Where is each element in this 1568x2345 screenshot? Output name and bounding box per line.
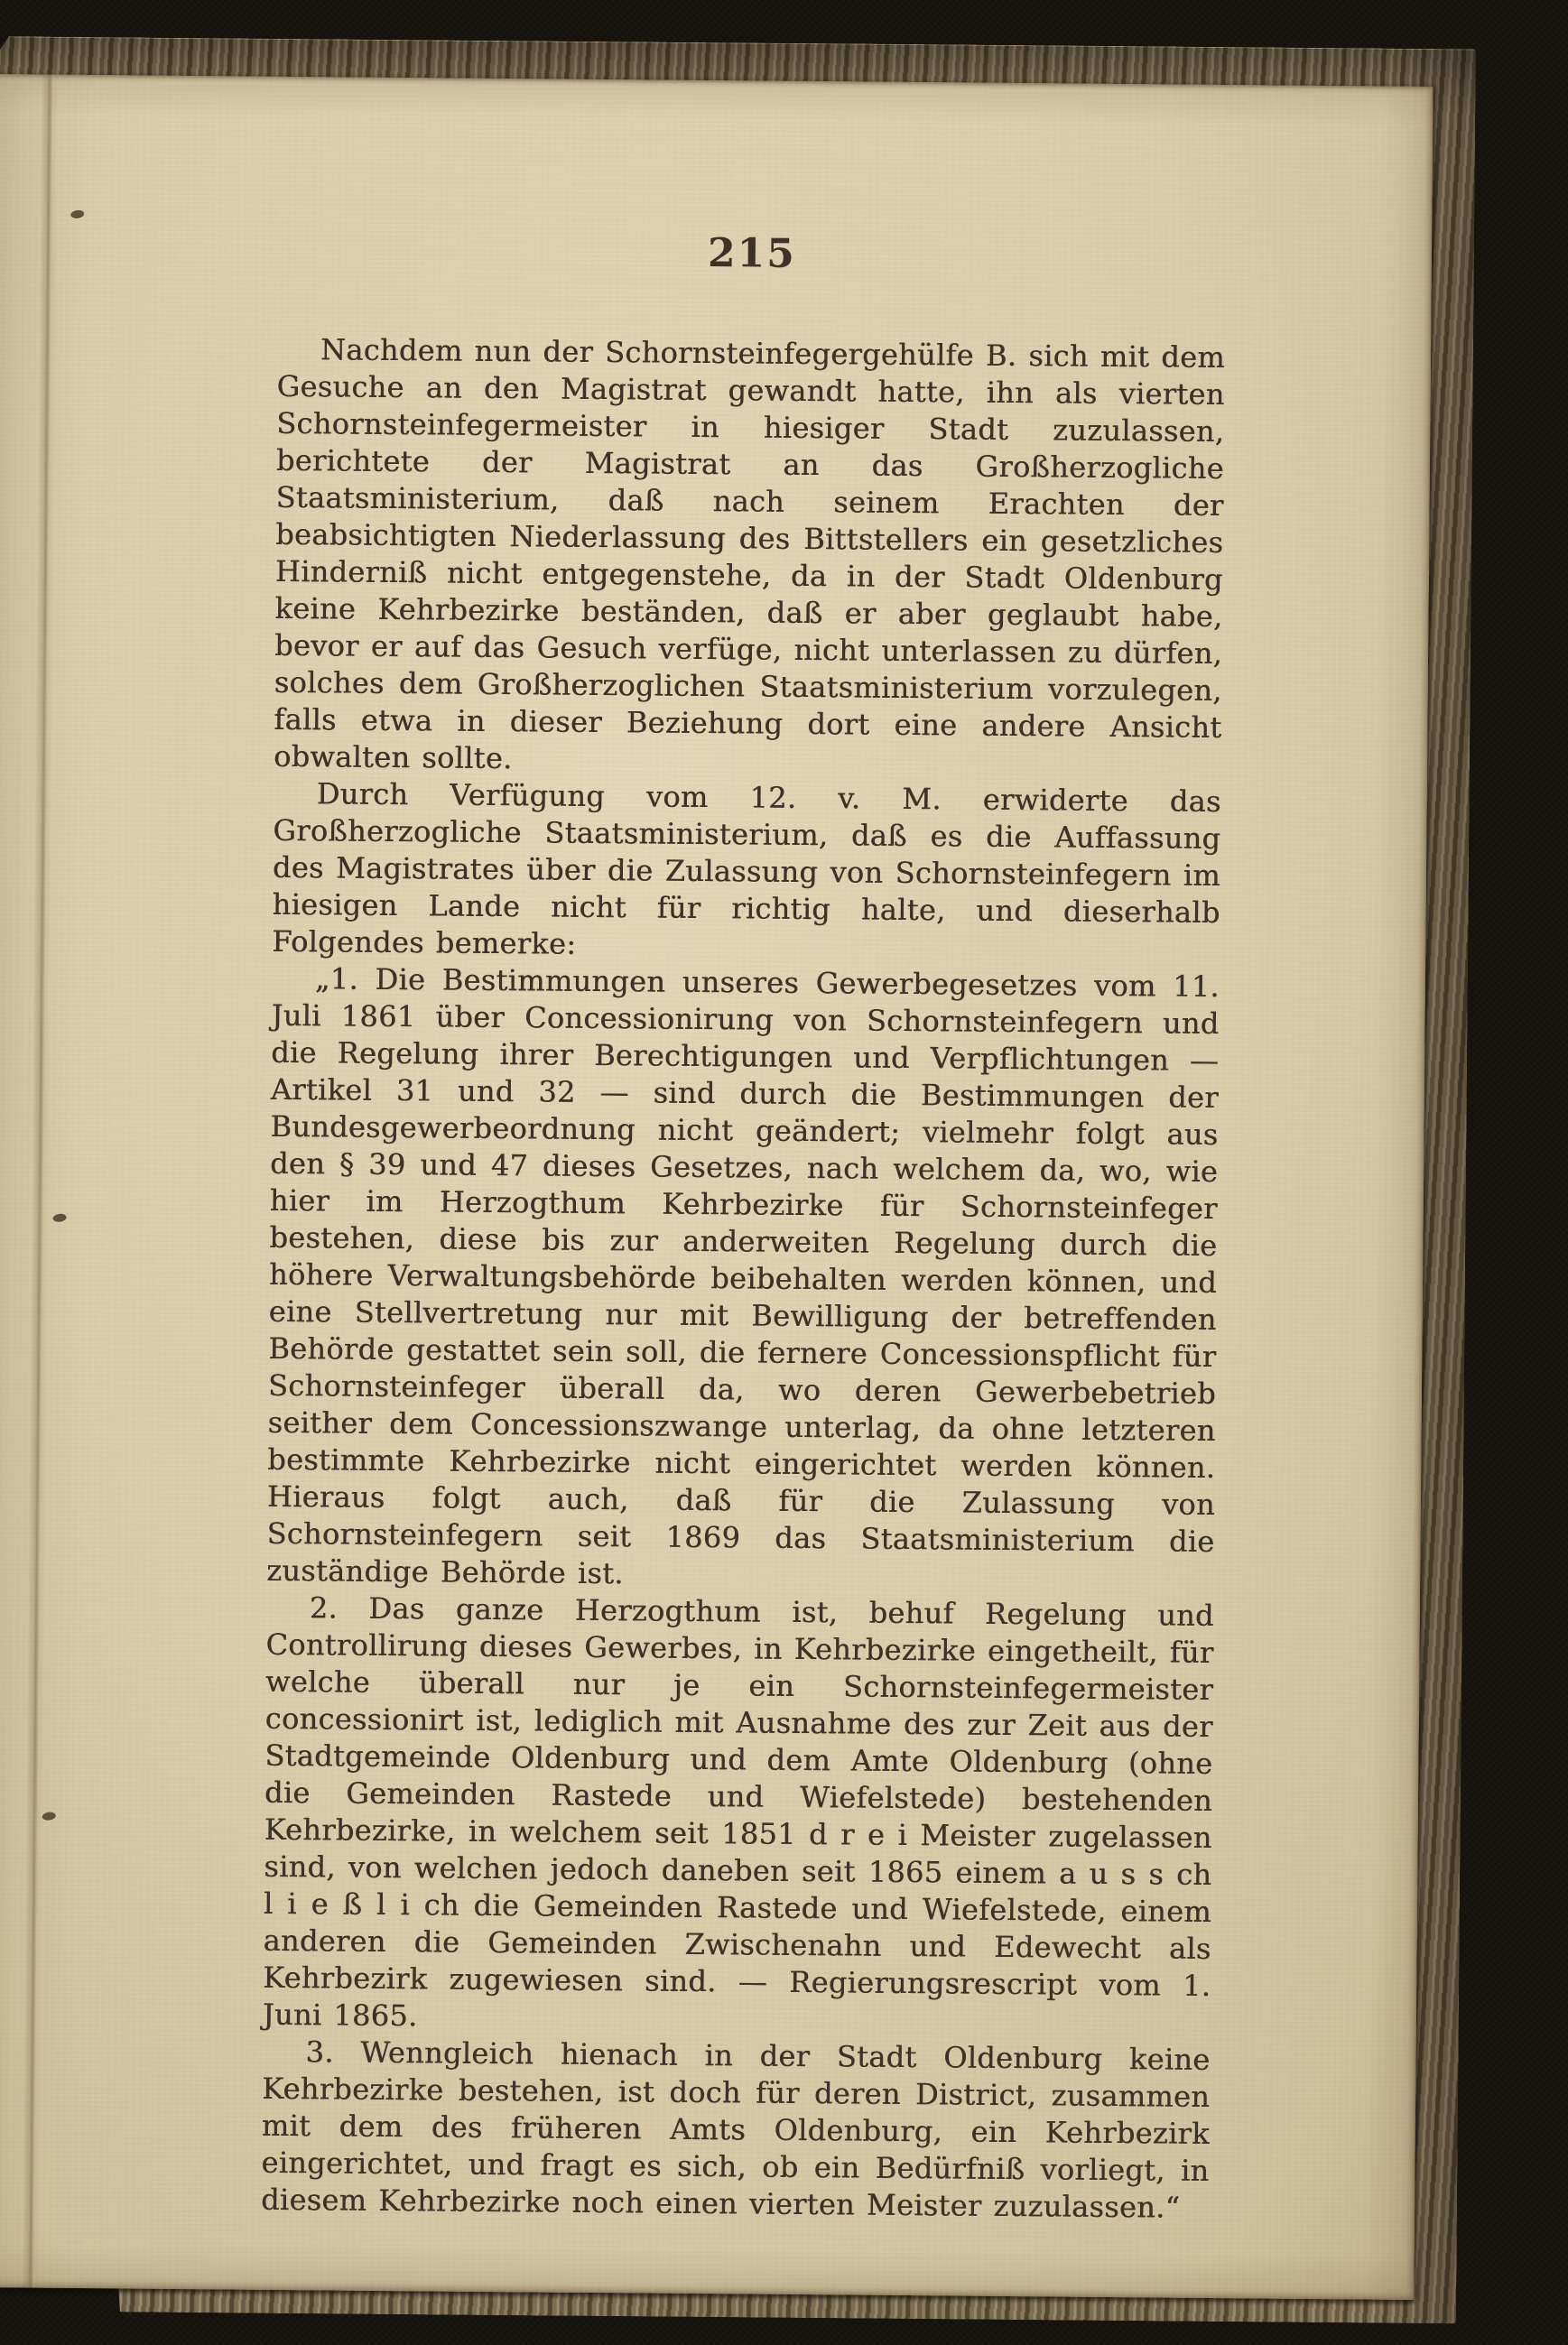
stitch-hole xyxy=(70,209,85,219)
stitch-hole xyxy=(42,1812,56,1821)
text-block: Nachdem nun der Schornsteinfegergehülfe … xyxy=(261,331,1225,2227)
stitch-hole xyxy=(52,1213,67,1223)
page-number: 215 xyxy=(278,230,1226,278)
paragraph-4: 2. Das ganze Herzogthum ist, behuf Regel… xyxy=(263,1590,1214,2042)
paragraph-2: Durch Verfügung vom 12. v. M. erwiderte … xyxy=(272,775,1221,969)
scanner-background: 215 Nachdem nun der Schornsteinfegergehü… xyxy=(0,0,1568,2345)
book-page: 215 Nachdem nun der Schornsteinfegergehü… xyxy=(0,74,1433,2300)
paragraph-1: Nachdem nun der Schornsteinfegergehülfe … xyxy=(274,331,1225,783)
gutter-crease xyxy=(22,75,57,2288)
paragraph-5: 3. Wenngleich hienach in der Stadt Olden… xyxy=(261,2034,1211,2227)
book: 215 Nachdem nun der Schornsteinfegergehü… xyxy=(0,36,1476,2323)
paragraph-3: „1. Die Bestimmungen unseres Gewerbegese… xyxy=(266,960,1220,1598)
